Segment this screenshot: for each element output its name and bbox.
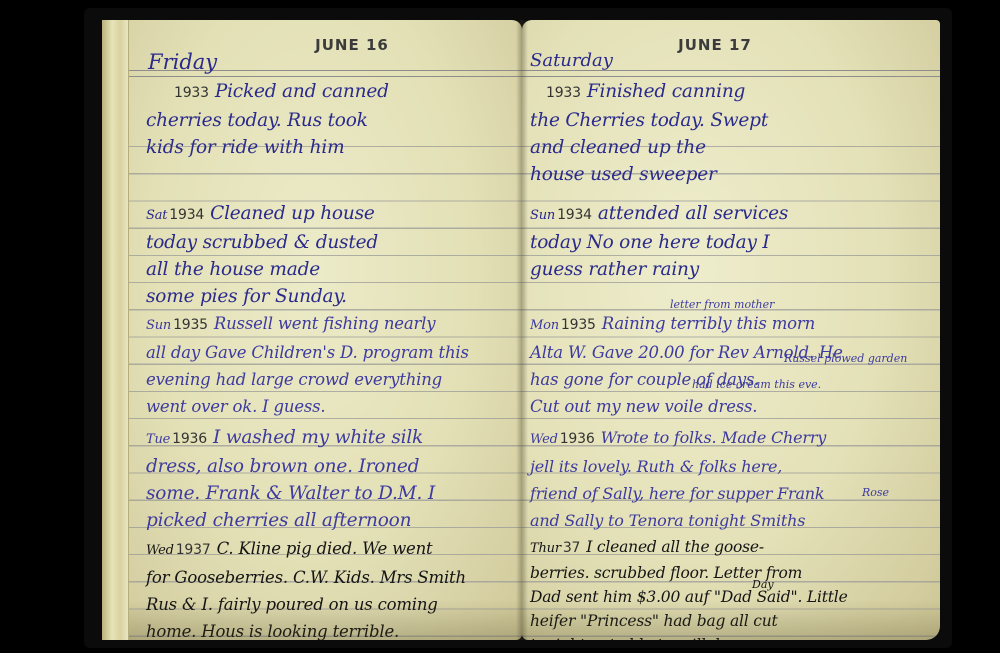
entry-day-tag: Mon xyxy=(530,318,559,333)
diary-entry-1934: Sat1934Cleaned up house today scrubbed &… xyxy=(146,200,378,310)
entry-line: picked cherries all afternoon xyxy=(146,507,435,534)
entry-day-tag: Sun xyxy=(146,318,171,333)
date-divider xyxy=(522,70,940,77)
entry-line: Picked and canned xyxy=(215,81,389,102)
entry-year: 1933 xyxy=(174,85,209,101)
diary-entry-1933: 1933Finished canning the Cherries today.… xyxy=(530,78,768,188)
entry-line: I cleaned all the goose- xyxy=(586,538,764,556)
diary-entry-1936: Wed1936Wrote to folks. Made Cherry jell … xyxy=(530,424,826,534)
entry-year: 1936 xyxy=(172,431,207,447)
entry-year: 1934 xyxy=(169,207,204,223)
entry-line: cherries today. Rus took xyxy=(146,107,389,134)
entry-line: went over ok. I guess. xyxy=(146,393,469,420)
entry-line: Cut out my new voile dress. xyxy=(530,393,843,420)
entry-day-tag: Tue xyxy=(146,432,170,447)
entry-line: Finished canning xyxy=(587,81,745,102)
diary-entry-1934: Sun1934attended all services today No on… xyxy=(530,200,788,283)
diary-entry-1935: Sun1935Russell went fishing nearly all d… xyxy=(146,310,469,420)
entry-line: Alta W. Gave 20.00 for Rev Arnold. He xyxy=(530,339,843,366)
entry-line: Wrote to folks. Made Cherry xyxy=(601,428,827,447)
entry-line: jell its lovely. Ruth & folks here, xyxy=(530,453,826,480)
weekday-label: Friday xyxy=(148,50,217,74)
entry-line: Cleaned up house xyxy=(210,203,374,224)
entry-line: today No one here today I xyxy=(530,229,788,256)
entry-day-tag: Wed xyxy=(530,432,558,447)
entry-line: all the house made xyxy=(146,256,378,283)
page-stack-edge xyxy=(102,20,129,640)
right-page: JUNE 17 Saturday 1933Finished canning th… xyxy=(522,20,940,640)
margin-note: Rose xyxy=(862,486,889,499)
entry-year: 1937 xyxy=(176,542,211,558)
entry-day-tag: Wed xyxy=(146,543,174,558)
diary-book: JUNE 16 Friday 1933Picked and canned che… xyxy=(84,8,952,648)
entry-line: some pies for Sunday. xyxy=(146,283,378,310)
book-spine xyxy=(516,20,528,640)
entry-line: attended all services xyxy=(598,203,788,224)
entry-line: C. Kline pig died. We went xyxy=(217,539,433,558)
entry-line: for Gooseberries. C.W. Kids. Mrs Smith xyxy=(146,564,466,591)
entry-line: I washed my white silk xyxy=(213,427,423,448)
entry-year: 1934 xyxy=(557,207,592,223)
entry-line: today scrubbed & dusted xyxy=(146,229,378,256)
entry-line: some. Frank & Walter to D.M. I xyxy=(146,480,435,507)
entry-year: 1933 xyxy=(546,85,581,101)
entry-line: has gone for couple of days. xyxy=(530,366,843,393)
diary-entry-1933: 1933Picked and canned cherries today. Ru… xyxy=(146,78,389,161)
entry-year: 37 xyxy=(563,540,580,556)
entry-line: house used sweeper xyxy=(530,161,768,188)
left-page: JUNE 16 Friday 1933Picked and canned che… xyxy=(102,20,522,640)
entry-line: dress, also brown one. Ironed xyxy=(146,453,435,480)
entry-line: and Sally to Tenora tonight Smiths xyxy=(530,507,826,534)
entry-day-tag: Sat xyxy=(146,208,167,223)
diary-entry-1935: Mon1935Raining terribly this morn Alta W… xyxy=(530,310,843,420)
entry-day-tag: Sun xyxy=(530,208,555,223)
page-shadow xyxy=(102,600,522,640)
page-shadow xyxy=(522,600,940,640)
entry-line: kids for ride with him xyxy=(146,134,389,161)
entry-line: evening had large crowd everything xyxy=(146,366,469,393)
entry-line: guess rather rainy xyxy=(530,256,788,283)
entry-line: Raining terribly this morn xyxy=(602,314,815,333)
entry-year: 1936 xyxy=(560,431,595,447)
entry-year: 1935 xyxy=(173,317,208,333)
entry-line: friend of Sally, here for supper Frank xyxy=(530,480,826,507)
weekday-label: Saturday xyxy=(530,50,613,71)
entry-year: 1935 xyxy=(561,317,596,333)
entry-line: and cleaned up the xyxy=(530,134,768,161)
diary-entry-1936: Tue1936I washed my white silk dress, als… xyxy=(146,424,435,534)
entry-line: berries. scrubbed floor. Letter from xyxy=(530,561,848,585)
entry-day-tag: Thur xyxy=(530,541,561,556)
entry-line: all day Gave Children's D. program this xyxy=(146,339,469,366)
entry-line: Russell went fishing nearly xyxy=(214,314,435,333)
entry-line: the Cherries today. Swept xyxy=(530,107,768,134)
